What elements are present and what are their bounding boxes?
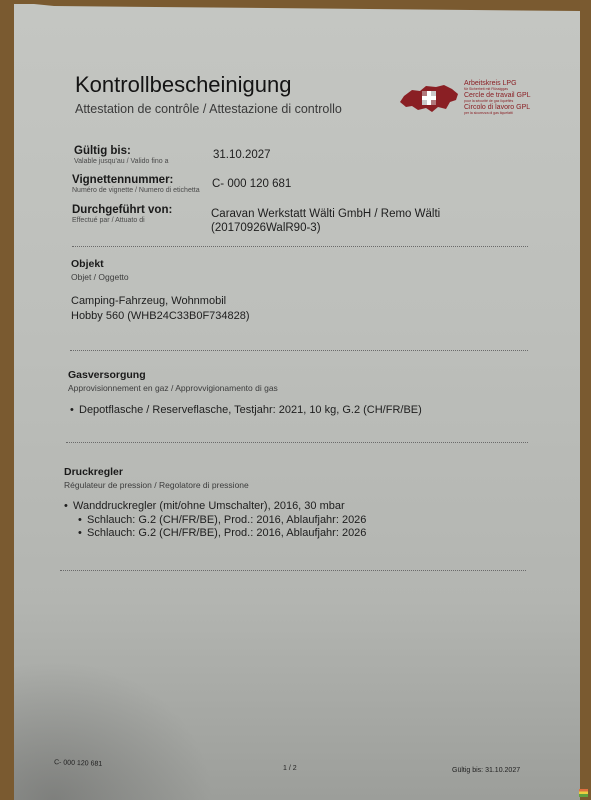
field-performed-by: Durchgeführt von: Effectué par / Attuato…: [72, 204, 172, 224]
field-sublabel: Numéro de vignette / Numero di etichetta: [72, 187, 200, 194]
section-subtitle: Régulateur de pression / Regolatore di p…: [64, 480, 366, 490]
section-title: Objekt: [71, 258, 250, 270]
regulator-item: Wanddruckregler (mit/ohne Umschalter), 2…: [64, 499, 366, 514]
logo-subline-de: für Sicherheit mit Flüssiggas: [464, 87, 531, 91]
separator: [70, 350, 528, 351]
document-title: Kontrollbescheinigung: [75, 72, 292, 98]
logo-line-de: Arbeitskreis LPG: [464, 80, 531, 87]
hose-item: Schlauch: G.2 (CH/FR/BE), Prod.: 2016, A…: [78, 527, 366, 540]
document-subtitle: Attestation de contrôle / Attestazione d…: [75, 102, 342, 116]
vignette-number-value: C- 000 120 681: [212, 177, 291, 191]
swiss-map-cross-icon: [398, 82, 462, 116]
field-label: Gültig bis:: [74, 145, 168, 157]
section-title: Gasversorgung: [68, 369, 422, 381]
separator: [60, 570, 526, 571]
field-valid-until: Gültig bis: Valable jusqu'au / Valido fi…: [74, 145, 168, 165]
section-subtitle: Objet / Oggetto: [71, 272, 250, 282]
separator: [66, 442, 528, 443]
color-sticker-icon: [579, 789, 588, 797]
valid-until-value: 31.10.2027: [213, 148, 271, 162]
field-vignette-number: Vignettennummer: Numéro de vignette / Nu…: [72, 174, 200, 194]
logo-subline-fr: pour la sécurité de gaz liquéfiés: [464, 99, 531, 103]
field-label: Vignettennummer:: [72, 174, 200, 186]
object-model: Hobby 560 (WHB24C33B0F734828): [71, 309, 250, 324]
section-title: Druckregler: [64, 466, 366, 478]
arbeitskreis-lpg-logo: Arbeitskreis LPG für Sicherheit mit Flüs…: [398, 80, 538, 124]
field-sublabel: Valable jusqu'au / Valido fino a: [74, 158, 168, 165]
logo-line-it: Circolo di lavoro GPL: [464, 104, 531, 111]
performed-by-company: Caravan Werkstatt Wälti GmbH / Remo Wält…: [211, 207, 440, 221]
section-pressure-regulator: Druckregler Régulateur de pression / Reg…: [64, 466, 366, 540]
performed-by-value: Caravan Werkstatt Wälti GmbH / Remo Wält…: [211, 207, 440, 235]
gas-item: Depotflasche / Reserveflasche, Testjahr:…: [70, 403, 422, 418]
section-gas-supply: Gasversorgung Approvisionnement en gaz /…: [68, 369, 422, 418]
hose-item: Schlauch: G.2 (CH/FR/BE), Prod.: 2016, A…: [78, 514, 366, 527]
field-label: Durchgeführt von:: [72, 204, 172, 216]
performed-by-id: (20170926WalR90-3): [211, 221, 440, 235]
section-object: Objekt Objet / Oggetto Camping-Fahrzeug,…: [71, 258, 250, 324]
object-type: Camping-Fahrzeug, Wohnmobil: [71, 294, 250, 309]
logo-subline-it: per la sicurezza di gas liquefatti: [464, 111, 531, 115]
logo-line-fr: Cercle de travail GPL: [464, 92, 531, 99]
field-sublabel: Effectué par / Attuato di: [72, 217, 172, 224]
section-subtitle: Approvisionnement en gaz / Approvvigiona…: [68, 383, 422, 393]
footer-page-number: 1 / 2: [283, 765, 297, 772]
footer-valid-until: Gültig bis: 31.10.2027: [452, 767, 520, 774]
separator: [72, 246, 528, 247]
